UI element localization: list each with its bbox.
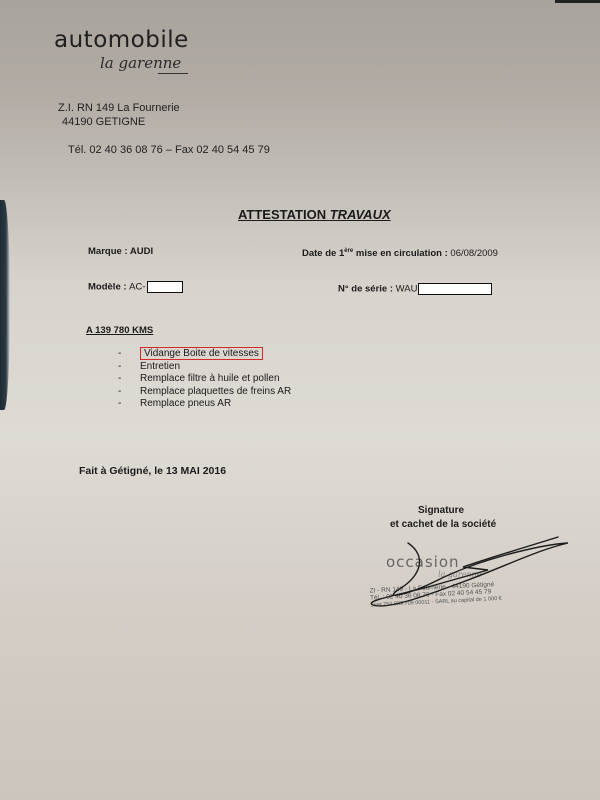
serie-value: WAU	[396, 284, 418, 295]
modele-label: Modèle :	[88, 282, 129, 293]
work-item: Remplace filtre à huile et pollen	[118, 373, 291, 386]
address-line-1: Z.I. RN 149 La Fournerie	[58, 102, 180, 114]
redaction-box	[147, 281, 183, 293]
modele-value: AC-	[129, 282, 145, 293]
title-part-1: ATTESTATION	[238, 207, 330, 222]
mileage: A 139 780 KMS	[86, 325, 153, 336]
company-logo: automobile	[54, 27, 189, 53]
redaction-box	[418, 283, 492, 295]
work-text: Remplace pneus AR	[140, 398, 231, 409]
date-field: Date de 1ère mise en circulation : 06/08…	[302, 248, 498, 259]
works-list: Vidange Boite de vitessesEntretienRempla…	[118, 348, 291, 411]
marque-field: Marque : AUDI	[88, 246, 153, 257]
title-part-2: TRAVAUX	[330, 207, 391, 222]
background-edge	[555, 0, 600, 3]
date-label: Date de 1ère mise en circulation :	[302, 248, 450, 259]
marque-value: AUDI	[130, 246, 153, 257]
contact-line: Tél. 02 40 36 08 76 – Fax 02 40 54 45 79	[68, 144, 270, 156]
work-text: Remplace plaquettes de freins AR	[140, 386, 291, 397]
work-text: Remplace filtre à huile et pollen	[140, 373, 280, 384]
work-item: Vidange Boite de vitesses	[118, 348, 291, 361]
document-title: ATTESTATION TRAVAUX	[238, 207, 391, 222]
highlighted-work-text: Vidange Boite de vitesses	[140, 347, 263, 360]
date-value: 06/08/2009	[450, 248, 498, 259]
paper-document: automobile la garenne Z.I. RN 149 La Fou…	[0, 0, 600, 800]
place-date: Fait à Gétigné, le 13 MAI 2016	[79, 465, 226, 477]
serie-label: N° de série :	[338, 284, 396, 295]
work-text: Entretien	[140, 361, 180, 372]
work-item: Remplace pneus AR	[118, 398, 291, 411]
serie-field: N° de série : WAU	[338, 283, 492, 295]
work-item: Remplace plaquettes de freins AR	[118, 386, 291, 399]
work-item: Entretien	[118, 361, 291, 374]
company-logo-sub: la garenne	[100, 54, 181, 72]
company-stamp-and-signature: occasion la garenne ZI - RN 149 - La Fou…	[368, 525, 600, 635]
modele-field: Modèle : AC-	[88, 281, 183, 293]
marque-label: Marque :	[88, 246, 130, 257]
background-edge-left	[0, 200, 10, 410]
signature-label: Signature	[418, 505, 464, 516]
address-line-2: 44190 GETIGNE	[62, 116, 145, 128]
svg-text:occasion: occasion	[386, 553, 460, 571]
